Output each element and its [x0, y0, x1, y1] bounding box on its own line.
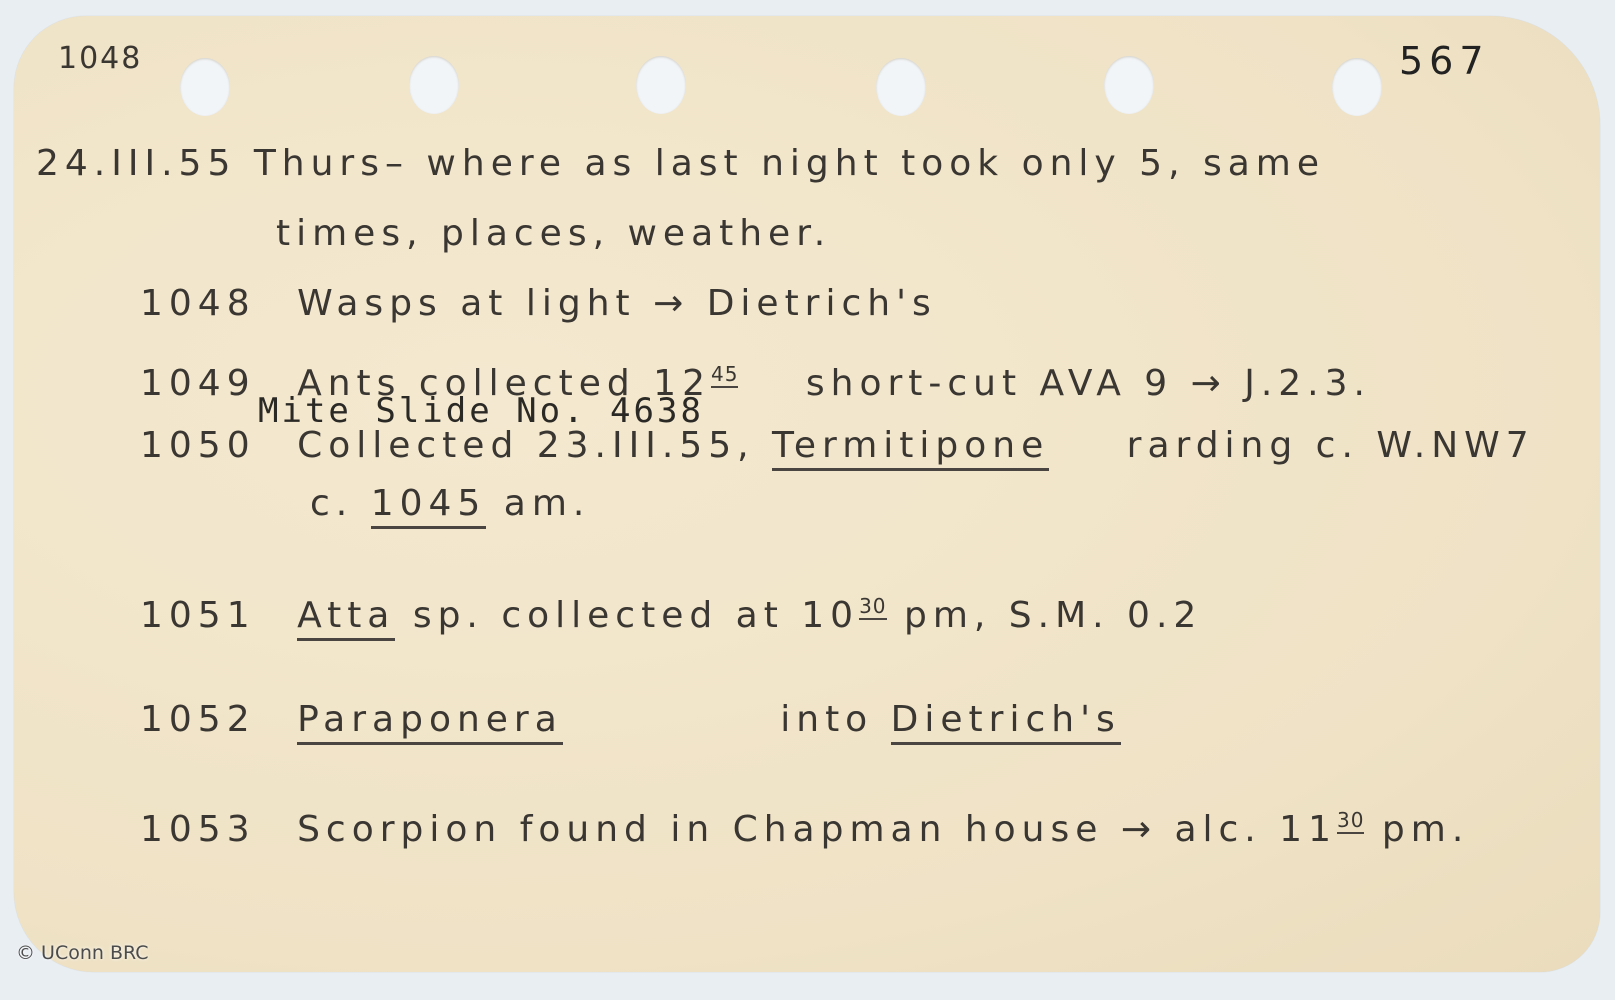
punch-hole	[636, 56, 686, 114]
entry-1048: 1048 Wasps at light → Dietrich's	[140, 286, 937, 322]
corner-number-right: 567	[1399, 42, 1490, 80]
entry-1050: 1050 Collected 23.III.55, Termitipone ra…	[140, 428, 1535, 464]
entry-text: Wasps at light → Dietrich's	[297, 283, 937, 324]
entry-number: 1052	[140, 699, 256, 740]
entry-time: 1045	[371, 483, 487, 529]
destination-underlined: Dietrich's	[891, 699, 1121, 745]
punch-hole	[876, 58, 926, 116]
entry-text-b: rarding c. W.NW7	[1127, 425, 1535, 466]
entry-text-b: pm.	[1382, 809, 1469, 850]
entry-number: 1053	[140, 809, 256, 850]
taxon-underlined: Paraponera	[297, 699, 563, 745]
time-superscript: 45	[711, 362, 738, 388]
entry-number: 1048	[140, 283, 256, 324]
punch-hole	[180, 58, 230, 116]
entry-text: Collected 23.III.55,	[297, 425, 754, 466]
entry-number: 1049	[140, 363, 256, 404]
corner-number-left: 1048	[58, 44, 142, 74]
entry-1053: 1053 Scorpion found in Chapman house → a…	[140, 810, 1469, 848]
header-text: Thurs– where as last night took only 5, …	[254, 143, 1325, 184]
punch-hole	[409, 56, 459, 114]
mite-slide-stamp: Mite Slide No. 4638	[258, 394, 704, 428]
entry-suffix: am.	[504, 483, 591, 524]
header-date: 24.III.55	[36, 143, 236, 184]
taxon-underlined: Atta	[297, 595, 395, 641]
header-line-2: times, places, weather.	[276, 216, 831, 252]
header-line-1: 24.III.55 Thurs– where as last night too…	[36, 146, 1325, 182]
entry-1052: 1052 Paraponera into Dietrich's	[140, 702, 1121, 738]
entry-text: Scorpion found in Chapman house → alc. 1…	[297, 809, 1337, 850]
entry-number: 1051	[140, 595, 256, 636]
punch-hole	[1332, 58, 1382, 116]
taxon-underlined: Termitipone	[772, 425, 1049, 471]
entry-text: sp. collected at 10	[413, 595, 859, 636]
entry-number: 1050	[140, 425, 256, 466]
entry-text-b: short-cut AVA 9 → J.2.3.	[806, 363, 1371, 404]
index-card: 1048 567 24.III.55 Thurs– where as last …	[14, 16, 1600, 972]
copyright-watermark: © UConn BRC	[16, 942, 149, 964]
entry-1050-line2: c. 1045 am.	[310, 486, 590, 522]
entry-text-b: pm, S.M. 0.2	[904, 595, 1202, 636]
time-superscript: 30	[859, 594, 886, 620]
entry-text: into	[780, 699, 873, 740]
entry-prefix: c.	[310, 483, 353, 524]
punch-hole	[1104, 56, 1154, 114]
time-superscript: 30	[1337, 808, 1364, 834]
entry-1051: 1051 Atta sp. collected at 1030 pm, S.M.…	[140, 596, 1202, 634]
